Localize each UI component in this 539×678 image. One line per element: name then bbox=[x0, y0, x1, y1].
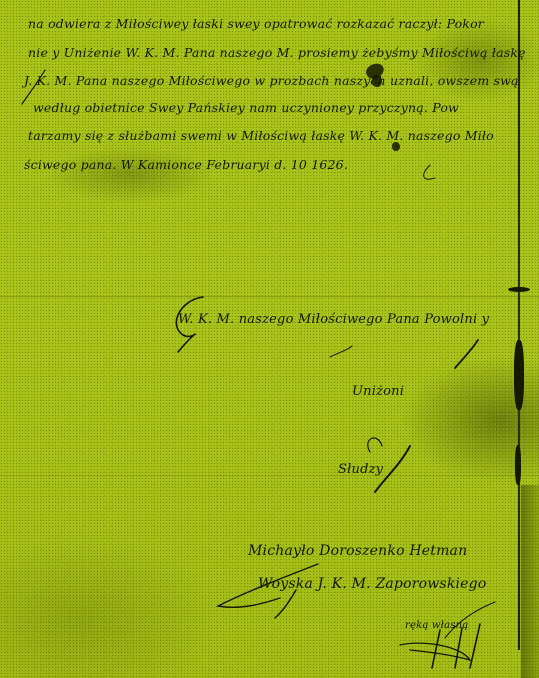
signature-title: Woyska J. K. M. Zaporowskiego bbox=[258, 576, 486, 592]
body-line-2: nie y Uniżenie W. K. M. Pana naszego M. … bbox=[28, 45, 526, 60]
paper-tear bbox=[515, 445, 521, 485]
ink-stain bbox=[392, 142, 400, 151]
body-line-6-date: ściwego pana. W Kamionce Februaryi d. 10… bbox=[24, 157, 348, 172]
margin-line bbox=[518, 0, 520, 650]
signature-name: Michayło Doroszenko Hetman bbox=[248, 543, 467, 559]
closing-line-1: W. K. M. naszego Miłościwego Pana Powoln… bbox=[178, 312, 489, 327]
body-line-3: J. K. M. Pana naszego Miłościwego w proz… bbox=[24, 73, 519, 88]
paper-edge bbox=[521, 485, 539, 678]
body-line-1: na odwiera z Miłościwey łaski swey opatr… bbox=[28, 16, 484, 31]
closing-line-2: Uniżoni bbox=[352, 384, 404, 399]
paper-tear bbox=[514, 340, 524, 410]
ink-blot bbox=[508, 287, 530, 292]
manuscript-page: na odwiera z Miłościwey łaski swey opatr… bbox=[0, 0, 539, 678]
closing-line-3: Słudzy bbox=[338, 462, 383, 477]
paper-fold bbox=[0, 296, 539, 297]
body-line-5: tarzamy się z służbami swemi w Miłościwą… bbox=[28, 128, 494, 143]
signature-note: ręką własną bbox=[405, 620, 468, 631]
paper-fold bbox=[0, 475, 539, 476]
body-line-4: według obietnice Swey Pańskiey nam uczyn… bbox=[33, 100, 459, 115]
